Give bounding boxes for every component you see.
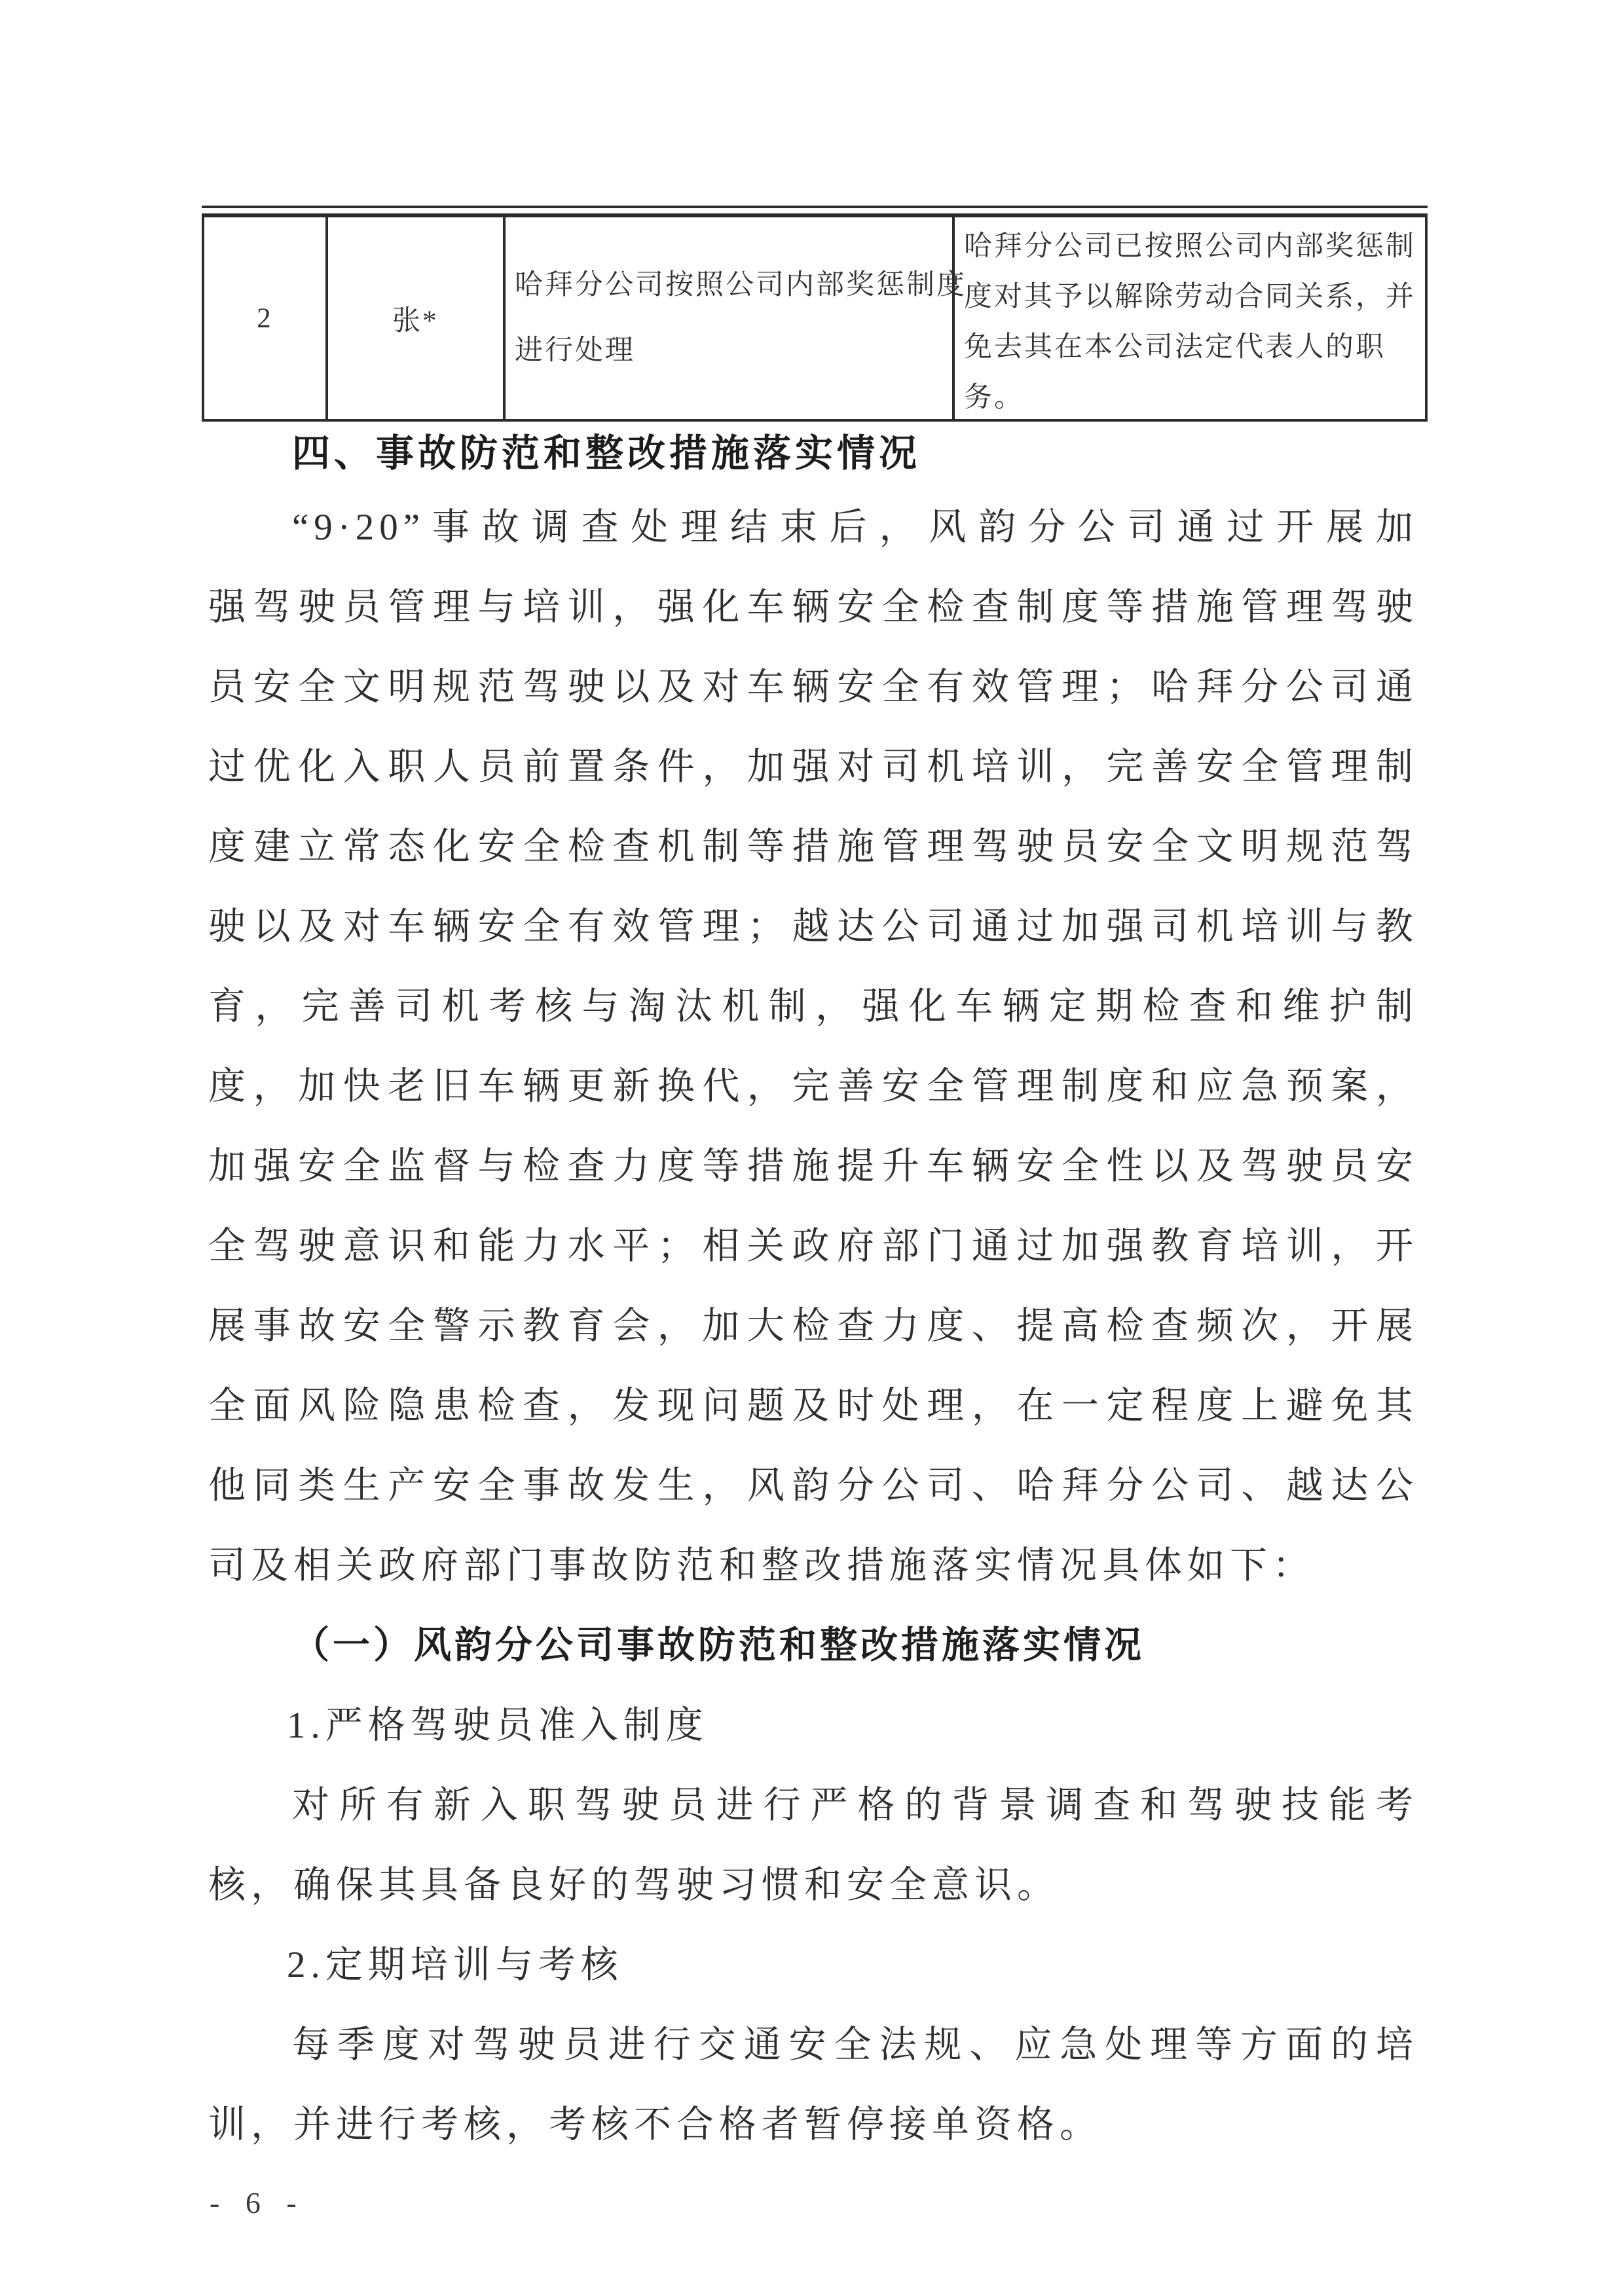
item1-title: 1.严格驾驶员准入制度 [208,1686,1418,1766]
body-line: 核，确保其具备良好的驾驶习惯和安全意识。 [208,1846,1418,1925]
document-page: 2 张* 哈拜分公司按照公司内部奖惩制度 进行处理 哈拜分公司已按照公司内部奖惩… [0,0,1624,2296]
body-line: 全驾驶意识和能力水平；相关政府部门通过加强教育培训，开 [208,1207,1418,1286]
item2-title: 2.定期培训与考核 [208,1925,1418,2005]
body-line: 育，完善司机考核与淘汰机制，强化车辆定期检查和维护制 [208,967,1418,1047]
punishment-table: 2 张* 哈拜分公司按照公司内部奖惩制度 进行处理 哈拜分公司已按照公司内部奖惩… [202,213,1428,422]
body-line: 训，并进行考核，考核不合格者暂停接单资格。 [208,2085,1418,2165]
table-cell-index: 2 [204,217,325,419]
table-cell-measure: 哈拜分公司按照公司内部奖惩制度 进行处理 [503,217,952,419]
result-line: 免去其在本公司法定代表人的职 [964,322,1416,373]
page-number: - 6 - [210,2185,306,2220]
measure-line: 进行处理 [515,318,943,384]
result-line: 度对其予以解除劳动合同关系，并 [964,272,1416,322]
table-cell-result: 哈拜分公司已按照公司内部奖惩制 度对其予以解除劳动合同关系，并 免去其在本公司法… [952,217,1425,419]
body-line: 加强安全监督与检查力度等措施提升车辆安全性以及驾驶员安 [208,1127,1418,1207]
body-line: 展事故安全警示教育会，加大检查力度、提高检查频次，开展 [208,1286,1418,1366]
body-line: 强驾驶员管理与培训，强化车辆安全检查制度等措施管理驾驶 [208,568,1418,647]
result-line: 哈拜分公司已按照公司内部奖惩制 [964,221,1416,272]
table-cell-name: 张* [325,217,503,419]
body-line: 全面风险隐患检查，发现问题及时处理，在一定程度上避免其 [208,1366,1418,1446]
section-heading: 四、事故防范和整改措施落实情况 [208,419,1418,488]
sub-section-heading: （一）风韵分公司事故防范和整改措施落实情况 [208,1606,1418,1686]
document-body: 四、事故防范和整改措施落实情况 “9·20”事故调查处理结束后，风韵分公司通过开… [208,419,1418,2165]
measure-line: 哈拜分公司按照公司内部奖惩制度 [515,253,943,318]
body-line: 员安全文明规范驾驶以及对车辆安全有效管理；哈拜分公司通 [208,647,1418,727]
body-line: 度建立常态化安全检查机制等措施管理驾驶员安全文明规范驾 [208,807,1418,887]
body-line: 驶以及对车辆安全有效管理；越达公司通过加强司机培训与教 [208,887,1418,967]
body-line: 他同类生产安全事故发生，风韵分公司、哈拜分公司、越达公 [208,1446,1418,1526]
body-line: 每季度对驾驶员进行交通安全法规、应急处理等方面的培 [208,2005,1418,2085]
body-line: 度，加快老旧车辆更新换代，完善安全管理制度和应急预案， [208,1047,1418,1127]
table-top-rule [202,206,1428,208]
body-line: 过优化入职人员前置条件，加强对司机培训，完善安全管理制 [208,727,1418,807]
result-line: 务。 [964,373,1416,423]
body-line: 对所有新入职驾驶员进行严格的背景调查和驾驶技能考 [208,1766,1418,1846]
body-line: 司及相关政府部门事故防范和整改措施落实情况具体如下： [208,1526,1418,1606]
body-line: “9·20”事故调查处理结束后，风韵分公司通过开展加 [208,488,1418,568]
